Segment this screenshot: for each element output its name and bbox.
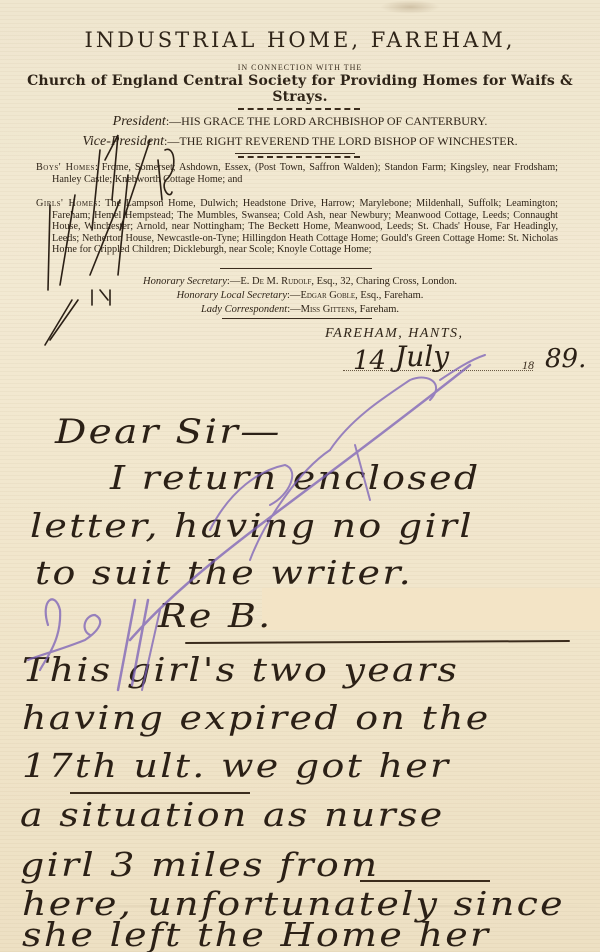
letterhead-society: Church of England Central Society for Pr… [0,73,600,105]
lady-correspondent-name: Miss Gittens [301,304,355,315]
letterhead-connection: IN CONNECTION WITH THE [0,63,600,72]
honorary-local-secretary-detail: , Esq., Fareham. [355,290,423,301]
girls-homes-list: Girls' Homes: The Lampson Home, Dulwich;… [36,198,558,256]
salutation: Dear Sir— [55,412,282,452]
lady-correspondent-role: Lady Correspondent [201,304,287,315]
president-name: HIS GRACE THE LORD ARCHBISHOP OF CANTERB… [181,114,487,128]
letter-line-reference: Re B. [158,596,273,635]
vice-president-name: THE RIGHT REVEREND THE LORD BISHOP OF WI… [179,134,517,148]
boys-homes-list: Boys' Homes: Frome, Somerset; Ashdown, E… [36,162,558,185]
honorary-local-secretary-line: Honorary Local Secretary:—Edgar Goble, E… [0,290,600,301]
letter-line: she left the Home her [22,915,490,952]
dashed-rule [238,108,360,111]
president-line: President:—HIS GRACE THE LORD ARCHBISHOP… [0,114,600,130]
boys-homes-text: : Frome, Somerset; Ashdown, Essex, (Post… [52,162,558,185]
lady-correspondent-line: Lady Correspondent:—Miss Gittens, Fareha… [0,304,600,315]
honorary-secretary-detail: , Esq., 32, Charing Cross, London. [311,276,457,287]
president-separator: :— [166,114,181,128]
ink-overline [70,792,250,794]
date-month: July [395,340,449,373]
letter-line: a situation as nurse [20,795,444,834]
letter-line: to suit the writer. [35,553,413,592]
lady-correspondent-detail: , Fareham. [354,304,399,315]
letter-line: girl 3 miles from [20,845,379,884]
vice-president-separator: :— [164,134,179,148]
honorary-local-secretary-role: Honorary Local Secretary [177,290,287,301]
girls-homes-text: : The Lampson Home, Dulwich; Headstone D… [52,198,558,255]
letterhead-title: INDUSTRIAL HOME, FAREHAM, [0,28,600,52]
date-day: 14 [353,346,386,376]
letter-line: 17th ult. we got her [22,746,451,785]
president-role: President [113,114,166,129]
separator: :— [227,276,240,287]
ink-overline [360,880,490,882]
solid-rule [220,268,372,269]
honorary-secretary-line: Honorary Secretary:—E. De M. Rudolf, Esq… [0,276,600,287]
honorary-local-secretary-name: Edgar Goble [300,290,355,301]
paper-crease [380,0,440,14]
dashed-rule [238,156,360,159]
date-year-handwritten: 89. [545,344,586,374]
vice-president-role: Vice-President [82,134,164,149]
boys-homes-label: Boys' Homes [36,162,95,173]
separator: :— [287,304,300,315]
solid-rule [235,153,355,154]
vice-president-line: Vice-President:—THE RIGHT REVEREND THE L… [0,134,600,150]
letter-line: letter, having no girl [30,506,474,545]
honorary-secretary-name: E. De M. Rudolf [240,276,311,287]
solid-rule [222,318,372,319]
girls-homes-label: Girls' Homes [36,198,98,209]
letter-line: This girl's two years [22,650,459,689]
letter-line: I return enclosed [110,458,480,497]
letter-line: having expired on the [22,698,490,737]
honorary-secretary-role: Honorary Secretary [143,276,227,287]
date-year-printed: 18 [522,358,534,373]
separator: :— [287,290,300,301]
blank-area [262,588,600,630]
